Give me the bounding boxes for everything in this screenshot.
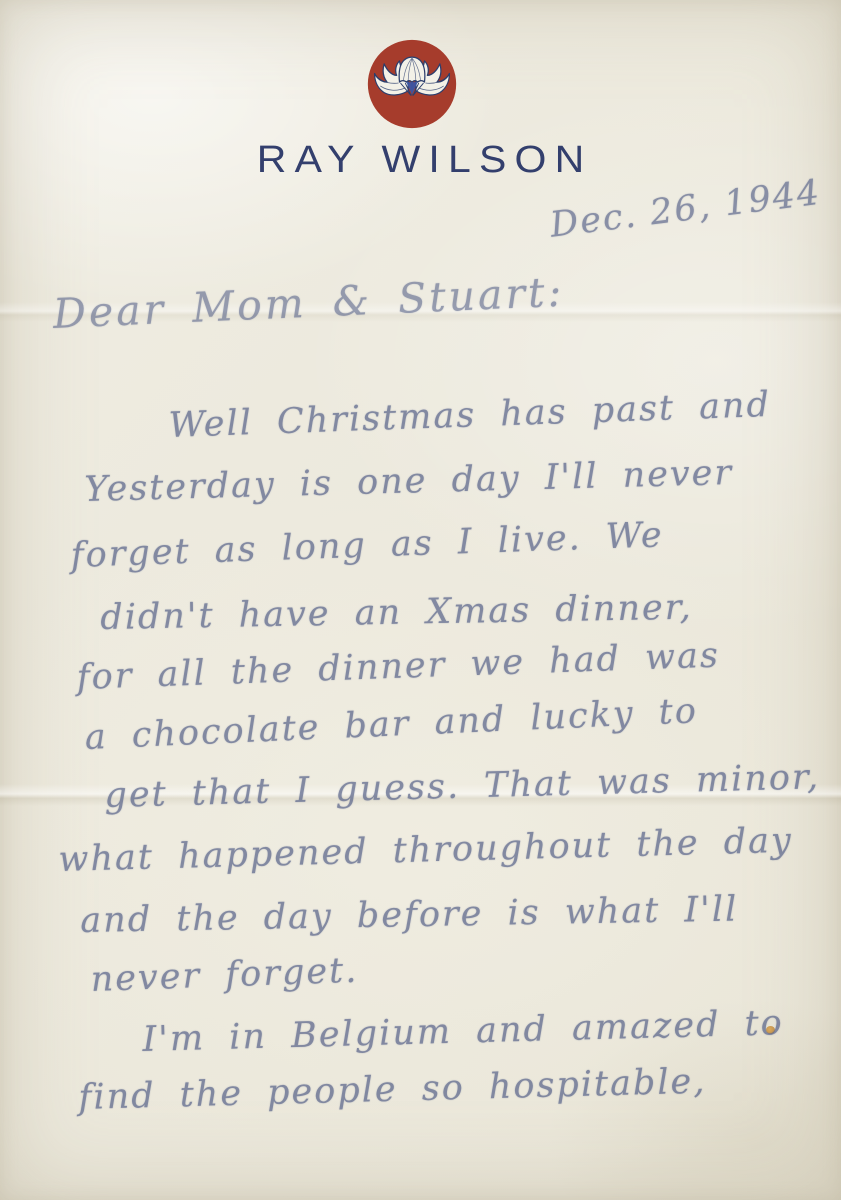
letterhead-name: RAY WILSON [0, 138, 841, 181]
letter-line: and the day before is what I'll [80, 890, 739, 941]
letter-date: Dec. 26, 1944 [548, 173, 823, 246]
letter-salutation: Dear Mom & Stuart: [52, 268, 565, 338]
letter-line: what happened throughout the day [58, 821, 793, 880]
letter-line: Yesterday is one day I'll never [84, 453, 734, 510]
letter-line: a chocolate bar and lucky to [84, 691, 699, 758]
letter-line: Well Christmas has past and [168, 385, 772, 446]
letter-line: find the people so hospitable, [78, 1062, 707, 1118]
letter-line: get that I guess. That was minor, [104, 757, 820, 816]
letter-line: never forget. [90, 951, 359, 1000]
letter-line: didn't have an Xmas dinner, [100, 588, 693, 638]
letter-line: forget as long as I live. We [70, 515, 664, 576]
parachutist-wings-icon [364, 36, 460, 132]
letter-paper: RAY WILSON Dec. 26, 1944 Dear Mom & Stua… [0, 0, 841, 1200]
letter-line: I'm in Belgium and amazed to [142, 1003, 784, 1060]
letter-line: for all the dinner we had was [76, 636, 720, 698]
